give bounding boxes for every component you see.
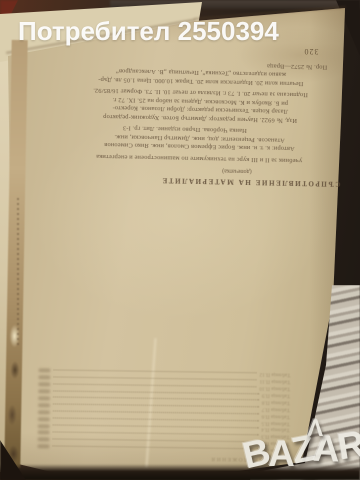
appendix-row-label: Таблица П.5 bbox=[261, 419, 289, 426]
logo-roof-icon: Λ bbox=[307, 415, 324, 443]
page-ref-smudge bbox=[38, 389, 50, 393]
appendix-row-label: Таблица П.9 bbox=[262, 391, 290, 398]
page-ref-smudge bbox=[38, 403, 50, 407]
page-ref-smudge bbox=[38, 382, 50, 386]
appendix-row-label: Таблица П.12 bbox=[259, 371, 290, 378]
page-ref-smudge bbox=[38, 417, 50, 421]
appendix-row-label: Таблица П.11 bbox=[260, 378, 291, 385]
appendix-row-label: Таблица П.8 bbox=[262, 398, 290, 405]
logo-letter: R bbox=[334, 423, 360, 468]
appendix-row-label: Таблица П.10 bbox=[259, 385, 290, 392]
dotted-leader bbox=[54, 369, 257, 373]
spine-text-remnant bbox=[17, 195, 19, 345]
appendix-row-label: Таблица П.6 bbox=[262, 412, 290, 419]
user-watermark: Потребител 2550394 bbox=[18, 16, 279, 47]
appendix-row-label: Таблица П.7 bbox=[262, 405, 290, 412]
page-ref-smudge bbox=[37, 444, 49, 448]
page-ref-smudge bbox=[38, 396, 50, 400]
page-ref-smudge bbox=[38, 376, 50, 380]
appendix-heading: ПРИЛОЖЕНИЯ bbox=[37, 452, 263, 462]
page-ref-smudge bbox=[38, 424, 50, 428]
page-ref-smudge bbox=[38, 438, 50, 442]
bazar-logo: BAZAR Λ bbox=[241, 424, 360, 476]
page-ref-smudge bbox=[38, 369, 50, 373]
colophon-line: учебник за II и III курс на техникумите … bbox=[54, 150, 344, 165]
page-number: 320 bbox=[294, 44, 328, 56]
page-ref-smudge bbox=[38, 431, 50, 435]
colophon-block: СЪПРОТИВЛЕНИЕ НА МАТЕРИАЛИТЕ (допечатка)… bbox=[54, 45, 347, 191]
page-ref-smudge bbox=[38, 410, 50, 414]
